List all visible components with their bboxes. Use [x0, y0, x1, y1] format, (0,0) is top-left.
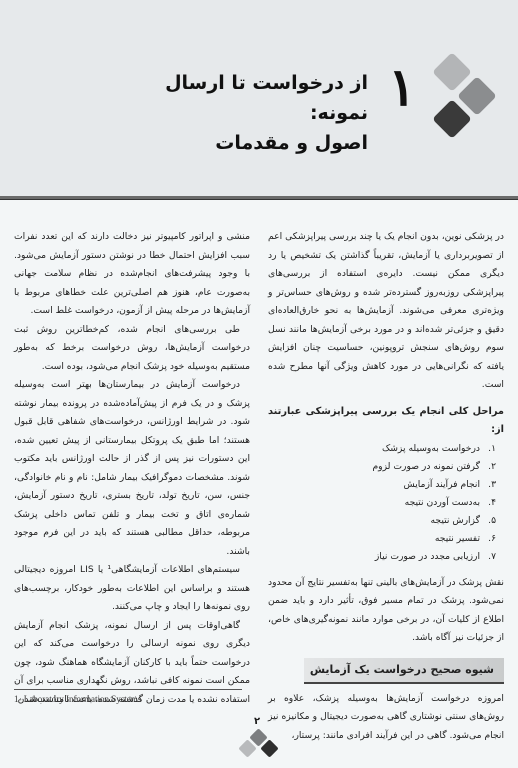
steps-heading: مراحل کلی انجام یک بررسی پیراپزشکی عبارت…	[268, 403, 504, 440]
list-item: ۱.درخواست به‌وسیله پزشک	[268, 440, 496, 458]
paragraph: سیستم‌های اطلاعات آزمایشگاهی¹ یا LIS امر…	[14, 561, 250, 617]
list-item: ۲.گرفتن نمونه در صورت لزوم	[268, 458, 496, 476]
paragraph: درخواست آزمایش در بیمارستان‌ها بهتر است …	[14, 376, 250, 561]
footer-diamond-ornament-icon	[234, 727, 284, 767]
section-heading: شیوه صحیح درخواست یک آزمایش	[304, 658, 504, 684]
paragraph: منشی و اپراتور کامپیوتر نیز دخالت دارند …	[14, 228, 250, 321]
chapter-number: ۱	[388, 62, 416, 114]
page-number: ۲	[254, 716, 260, 727]
list-item: ۷.ارزیابی مجدد در صورت نیاز	[268, 548, 496, 566]
chapter-diamond-logo-icon	[418, 50, 498, 140]
list-item: ۶.تفسیر نتیجه	[268, 530, 496, 548]
paragraph: طی بررسی‌های انجام شده، کم‌خطاترین روش ث…	[14, 321, 250, 377]
right-column: در پزشکی نوین، بدون انجام یک یا چند بررس…	[268, 228, 504, 745]
footnote-divider	[14, 689, 242, 690]
list-item: ۴.به‌دست آوردن نتیجه	[268, 494, 496, 512]
chapter-title: از درخواست تا ارسال نمونه: اصول و مقدمات	[108, 68, 368, 158]
header-divider	[0, 196, 518, 200]
footnote: 1- Laboratory Information Systems	[14, 694, 141, 704]
chapter-title-line-1: از درخواست تا ارسال نمونه:	[108, 68, 368, 128]
list-item: ۵.گزارش نتیجه	[268, 512, 496, 530]
left-column: منشی و اپراتور کامپیوتر نیز دخالت دارند …	[14, 228, 250, 709]
steps-list: ۱.درخواست به‌وسیله پزشک ۲.گرفتن نمونه در…	[268, 440, 504, 566]
section-paragraph: امروزه درخواست آزمایش‌ها به‌وسیله پزشک، …	[268, 690, 504, 746]
physician-role-paragraph: نقش پزشک در آزمایش‌های بالینی تنها به‌تف…	[268, 574, 504, 648]
list-item: ۳.انجام فرآیند آزمایش	[268, 476, 496, 494]
chapter-title-line-2: اصول و مقدمات	[108, 128, 368, 158]
intro-paragraph: در پزشکی نوین، بدون انجام یک یا چند بررس…	[268, 228, 504, 395]
